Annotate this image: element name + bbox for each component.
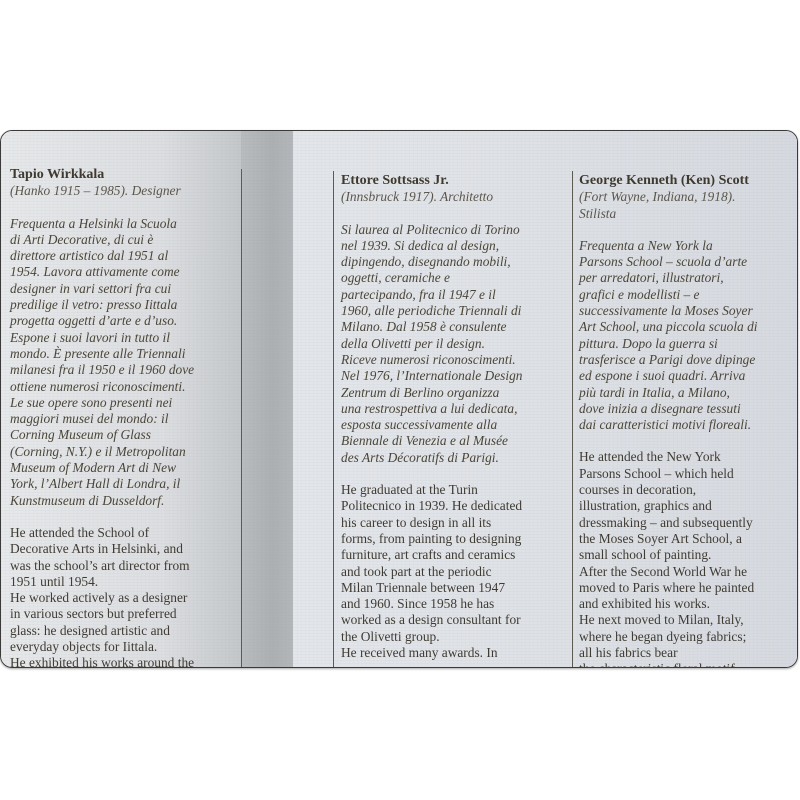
entry-ettore-sottsass: Ettore Sottsass Jr. (Innsbruck 1917). Ar… [341, 173, 569, 661]
text-line: York, l’Albert Hall di Londra, il [10, 476, 238, 492]
text-line: Espone i suoi lavori in tutto il [10, 330, 238, 346]
text-line: ed espone i suoi quadri. Arriva [579, 368, 797, 384]
text-line: pittura. Dopo la guerra si [579, 336, 797, 352]
text-line: Riceve numerosi riconoscimenti. [341, 352, 569, 368]
entry-subtitle: (Innsbruck 1917). Architetto [341, 189, 569, 205]
text-line: Le sue opere sono presenti nei [10, 395, 238, 411]
english-biography: He attended the School ofDecorative Arts… [10, 525, 238, 668]
text-line: everyday objects for Iittala. [10, 639, 238, 655]
text-line: 1951 until 1954. [10, 574, 238, 590]
page-gutter-shadow [241, 131, 293, 667]
text-line: nel 1939. Si dedica al design, [341, 238, 569, 254]
text-line: partecipando, fra il 1947 e il [341, 287, 569, 303]
text-line: the characteristic floral motif. [579, 661, 797, 668]
text-line: He worked actively as a designer [10, 590, 238, 606]
text-line: forms, from painting to designing [341, 531, 569, 547]
text-line: una restrospettiva a lui dedicata, [341, 401, 569, 417]
text-line: oggetti, ceramiche e [341, 270, 569, 286]
entry-name: George Kenneth (Ken) Scott [579, 173, 797, 189]
text-line: Nel 1976, l’Internationale Design [341, 368, 569, 384]
column-rule-right-page-start [333, 171, 334, 668]
text-line: mondo. È presente alle Triennali [10, 346, 238, 362]
text-line: per arredatori, illustratori, [579, 270, 797, 286]
text-line: and 1960. Since 1958 he has [341, 596, 569, 612]
text-line: Milano. Dal 1958 è consulente [341, 319, 569, 335]
text-line: all his fabrics bear [579, 645, 797, 661]
text-line: furniture, art crafts and ceramics [341, 547, 569, 563]
text-line: glass: he designed artistic and [10, 623, 238, 639]
text-line: illustration, graphics and [579, 498, 797, 514]
text-line: Parsons School – scuola d’arte [579, 254, 797, 270]
text-line: Parsons School – which held [579, 466, 797, 482]
text-line: the Moses Soyer Art School, a [579, 531, 797, 547]
text-line: grafici e modellisti – e [579, 287, 797, 303]
entry-subtitle: (Hanko 1915 – 1985). Designer [10, 183, 238, 199]
text-line: più tardi in Italia, a Milano, [579, 385, 797, 401]
english-biography: He graduated at the TurinPolitecnico in … [341, 482, 569, 661]
text-line: dressmaking – and subsequently [579, 515, 797, 531]
text-line: 1960, alle periodiche Triennali di [341, 303, 569, 319]
text-line: He next moved to Milan, Italy, [579, 612, 797, 628]
italian-biography: Frequenta a New York laParsons School – … [579, 238, 797, 434]
text-line: and exhibited his works. [579, 596, 797, 612]
text-line: Milan Triennale between 1947 [341, 580, 569, 596]
italian-biography: Frequenta a Helsinki la Scuoladi Arti De… [10, 216, 238, 509]
text-line: trasferisce a Parigi dove dipinge [579, 352, 797, 368]
book-spread-photo: Tapio Wirkkala (Hanko 1915 – 1985). Desi… [0, 130, 798, 668]
text-line: in various sectors but preferred [10, 606, 238, 622]
column-rule-right-page-middle [572, 171, 573, 668]
text-line: courses in decoration, [579, 482, 797, 498]
english-biography: He attended the New YorkParsons School –… [579, 449, 797, 668]
text-line: della Olivetti per il design. [341, 336, 569, 352]
text-line: dai caratteristici motivi floreali. [579, 417, 797, 433]
text-line: Corning Museum of Glass [10, 427, 238, 443]
text-line: Frequenta a New York la [579, 238, 797, 254]
entry-subtitle: (Fort Wayne, Indiana, 1918). Stilista [579, 189, 797, 222]
text-line: Politecnico in 1939. He dedicated [341, 498, 569, 514]
text-line: successivamente la Moses Soyer [579, 303, 797, 319]
text-line: He graduated at the Turin [341, 482, 569, 498]
text-line: di Arti Decorative, di cui è [10, 232, 238, 248]
text-line: He exhibited his works around the [10, 655, 238, 668]
entry-ken-scott: George Kenneth (Ken) Scott (Fort Wayne, … [579, 173, 797, 668]
text-line: was the school’s art director from [10, 558, 238, 574]
text-line: Frequenta a Helsinki la Scuola [10, 216, 238, 232]
text-line: des Arts Décoratifs di Parigi. [341, 450, 569, 466]
text-line: predilige il vetro: presso Iittala [10, 297, 238, 313]
text-line: dipingendo, disegnando mobili, [341, 254, 569, 270]
text-line: esposta successivamente alla [341, 417, 569, 433]
text-line: 1954. Lavora attivamente come [10, 264, 238, 280]
italian-biography: Si laurea al Politecnico di Torinonel 19… [341, 222, 569, 466]
text-line: He attended the School of [10, 525, 238, 541]
text-line: his career to design in all its [341, 515, 569, 531]
text-line: (Corning, N.Y.) e il Metropolitan [10, 444, 238, 460]
text-line: Art School, una piccola scuola di [579, 319, 797, 335]
text-line: He received many awards. In [341, 645, 569, 661]
text-line: He attended the New York [579, 449, 797, 465]
column-rule-left-page [241, 169, 242, 668]
text-line: the Olivetti group. [341, 629, 569, 645]
text-line: and took part at the periodic [341, 564, 569, 580]
text-line: small school of painting. [579, 547, 797, 563]
text-line: After the Second World War he [579, 564, 797, 580]
text-line: Biennale di Venezia e al Musée [341, 433, 569, 449]
text-line: ottiene numerosi riconoscimenti. [10, 379, 238, 395]
text-line: moved to Paris where he painted [579, 580, 797, 596]
text-line: progetta oggetti d’arte e d’uso. [10, 313, 238, 329]
entry-name: Tapio Wirkkala [10, 167, 238, 183]
text-line: milanesi fra il 1950 e il 1960 dove [10, 362, 238, 378]
entry-tapio-wirkkala: Tapio Wirkkala (Hanko 1915 – 1985). Desi… [10, 167, 238, 668]
text-line: Kunstmuseum di Dusseldorf. [10, 493, 238, 509]
text-line: Decorative Arts in Helsinki, and [10, 541, 238, 557]
entry-name: Ettore Sottsass Jr. [341, 173, 569, 189]
text-line: Si laurea al Politecnico di Torino [341, 222, 569, 238]
text-line: dove inizia a disegnare tessuti [579, 401, 797, 417]
text-line: worked as a design consultant for [341, 612, 569, 628]
text-line: Zentrum di Berlino organizza [341, 385, 569, 401]
text-line: direttore artistico dal 1951 al [10, 248, 238, 264]
text-line: designer in vari settori fra cui [10, 281, 238, 297]
text-line: Museum of Modern Art di New [10, 460, 238, 476]
text-line: where he began dyeing fabrics; [579, 629, 797, 645]
text-line: maggiori musei del mondo: il [10, 411, 238, 427]
